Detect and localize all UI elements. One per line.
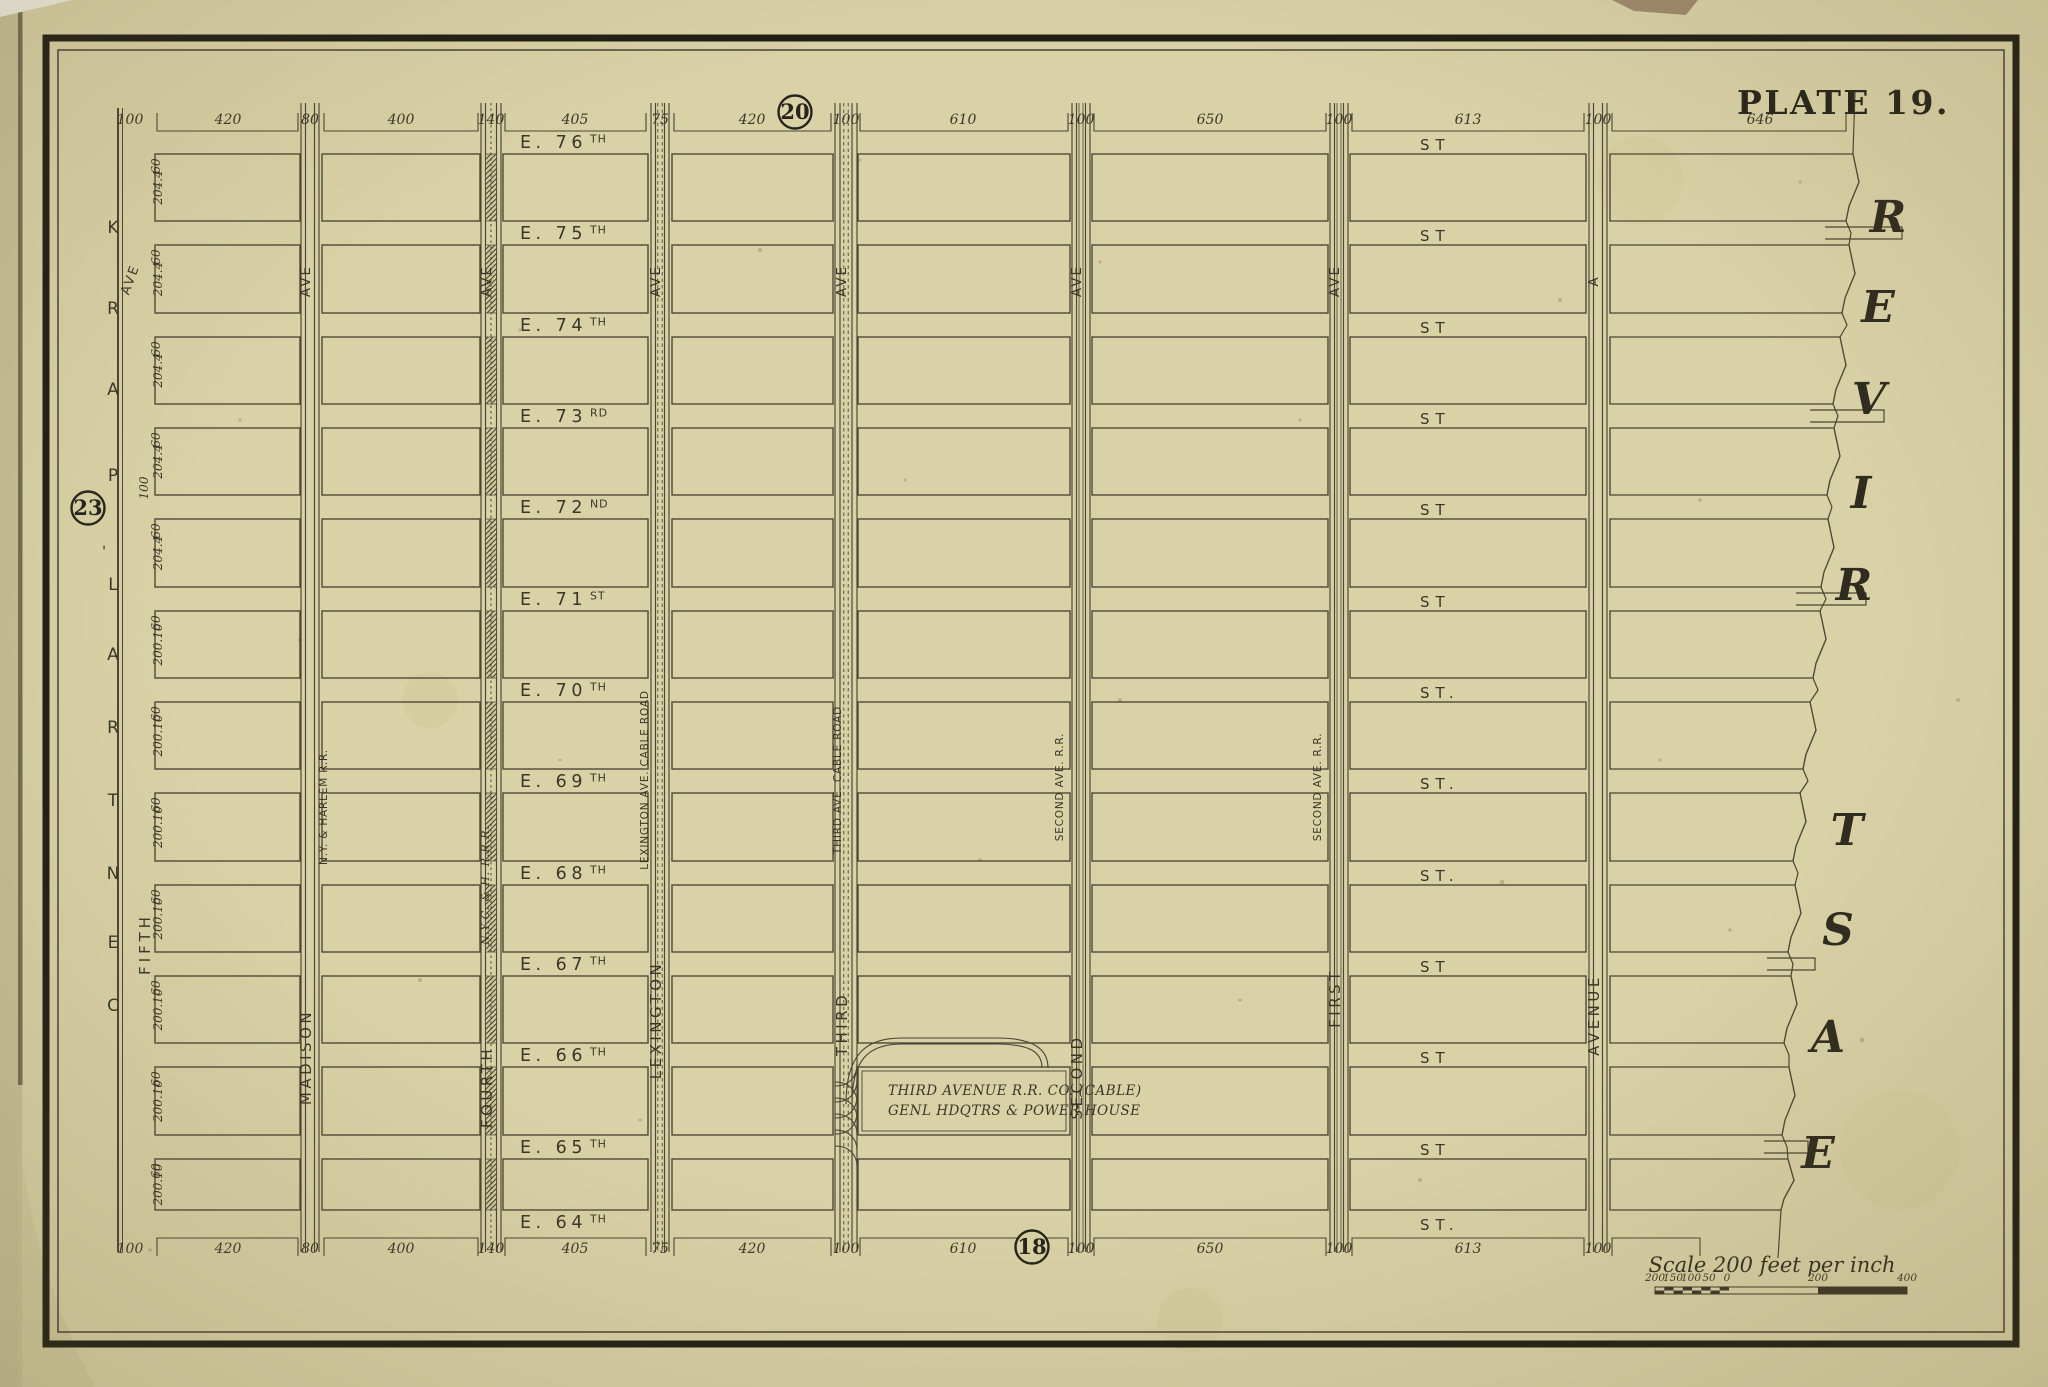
park-letter: P [108, 466, 118, 486]
scale-tick-label: 200 [1807, 1272, 1828, 1284]
street-st-label: ST [1420, 319, 1451, 337]
street-st-label: ST [1420, 958, 1451, 976]
park-letter: C [107, 996, 119, 1016]
park-letter: N [107, 864, 120, 884]
measure-bottom: 650 [1197, 1241, 1224, 1257]
measure-bottom: 80 [301, 1241, 319, 1257]
scale-checker [1711, 1291, 1720, 1295]
measure-bottom: 100 [1068, 1241, 1095, 1257]
measure-left-depth: 204.4 [151, 170, 165, 205]
scale-tick-label: 50 [1702, 1272, 1716, 1284]
railroad-label-madison: N.Y. & HARLEM R.R. [318, 749, 330, 865]
park-letter: A [107, 380, 119, 400]
measure-bottom: 405 [561, 1241, 589, 1257]
speck [1238, 998, 1242, 1002]
street-st-label: ST [1420, 227, 1451, 245]
scale-checker [1664, 1287, 1673, 1291]
avenue-top-label-fourth: AVE [479, 265, 495, 297]
river-letter: E [1799, 1128, 1836, 1179]
park-letter: R [107, 299, 119, 319]
river-letter: E [1859, 282, 1896, 333]
avenue-top-label-first: AVE [1327, 265, 1343, 297]
speck [1298, 418, 1301, 421]
scale-tick-label: 0 [1724, 1272, 1731, 1284]
paper [0, 0, 2048, 1387]
measure-top: 650 [1197, 112, 1224, 128]
scale-checker [1692, 1291, 1701, 1295]
speck [1500, 880, 1505, 885]
measure-left-depth: 204.4 [151, 536, 165, 571]
speck [1956, 698, 1960, 702]
avenue-name-fourth: FOURTH [478, 1046, 496, 1128]
river-letter: T [1831, 805, 1867, 856]
measure-top: 610 [950, 112, 977, 128]
measure-left-depth: 200.10 [151, 1080, 165, 1123]
park-letter: A [107, 645, 119, 665]
measure-left-depth: 204.4 [151, 444, 165, 479]
measure-left-depth: 200.10 [151, 1163, 165, 1206]
scale-checker [1701, 1287, 1710, 1291]
measure-top: 100 [1326, 112, 1353, 128]
avenue-top-label-madison: AVE [298, 265, 314, 297]
scale-checker [1720, 1287, 1729, 1291]
adjacent-plate-left-number: 23 [73, 495, 102, 520]
measure-top: 100 [833, 112, 860, 128]
river-letter: S [1822, 905, 1854, 956]
railroad-label-first: SECOND AVE. R.R. [1312, 733, 1324, 842]
measure-top: 100 [1585, 112, 1612, 128]
street-st-label: ST. [1420, 1216, 1460, 1234]
page-edge-line [18, 0, 23, 1085]
speck [858, 158, 861, 161]
measure-fifth-ave-width: 100 [137, 476, 151, 499]
street-st-label: ST. [1420, 775, 1460, 793]
powerhouse-label-line1: THIRD AVENUE R.R. CO. (CABLE) [888, 1083, 1142, 1099]
scale-checker [1683, 1287, 1692, 1291]
measure-bottom: 400 [387, 1241, 415, 1257]
street-st-label: ST [1420, 136, 1451, 154]
measure-top: 80 [301, 112, 319, 128]
avenue-name-lexington: LEXINGTON [647, 961, 665, 1080]
measure-bottom: 100 [1326, 1241, 1353, 1257]
adjacent-plate-bottom-number: 18 [1017, 1234, 1046, 1259]
atlas-map: E. 76THSTE. 75THSTE. 74THSTE. 73RDSTE. 7… [0, 0, 2048, 1387]
measure-top: 400 [387, 112, 415, 128]
speck [1798, 180, 1801, 183]
park-letter: K [107, 218, 119, 238]
measure-left-depth: 200.10 [151, 623, 165, 666]
speck [1658, 758, 1661, 761]
measure-top: 613 [1455, 112, 1482, 128]
railroad-label-third: THIRD AVE. CABLE ROAD [832, 706, 844, 855]
speck [903, 478, 906, 481]
avenue-name-fifth: FIFTH [136, 913, 154, 975]
avenue-name-third: THIRD [833, 992, 851, 1057]
street-st-label: ST [1420, 593, 1451, 611]
speck [1698, 498, 1702, 502]
avenue-name-avenue_a: AVENUE [1585, 974, 1603, 1056]
scale-checker [1674, 1291, 1683, 1295]
speck [418, 978, 422, 982]
scale-bar-filled [1818, 1287, 1907, 1294]
plate-title: PLATE 19. [1737, 83, 1950, 122]
adjacent-plate-top-number: 20 [780, 99, 809, 124]
speck [758, 248, 762, 252]
scale-checker [1655, 1291, 1664, 1295]
river-letter: I [1849, 468, 1873, 519]
avenue-top-label-lexington: AVE [648, 265, 664, 297]
measure-bottom: 613 [1455, 1241, 1482, 1257]
measure-top: 140 [478, 112, 505, 128]
street-st-label: ST [1420, 410, 1451, 428]
measure-left-depth: 200.10 [151, 988, 165, 1031]
measure-bottom: 75 [651, 1241, 669, 1257]
street-st-label: ST. [1420, 684, 1460, 702]
measure-left-depth: 204.4 [151, 262, 165, 297]
avenue-top-label-third: AVE [834, 265, 850, 297]
measure-bottom: 100 [1585, 1241, 1612, 1257]
park-letter: E [108, 933, 119, 953]
park-letter: R [107, 718, 119, 738]
park-letter: L [108, 575, 118, 595]
speck [148, 1248, 152, 1252]
measure-left-depth: 204.4 [151, 353, 165, 388]
measure-top: 420 [214, 112, 242, 128]
paper-stain [402, 672, 458, 728]
river-letter: A [1807, 1012, 1845, 1063]
paper-stain [1840, 1090, 1960, 1210]
avenue-top-label-avenue_a: A [1586, 275, 1602, 286]
measure-left-depth: 200.10 [151, 806, 165, 849]
river-letter: V [1852, 374, 1890, 425]
powerhouse-label-line2: GENL HDQTRS & POWER HOUSE [888, 1103, 1141, 1119]
street-st-label: ST [1420, 1049, 1451, 1067]
measure-top: 100 [1068, 112, 1095, 128]
atlas-page: E. 76THSTE. 75THSTE. 74THSTE. 73RDSTE. 7… [0, 0, 2048, 1387]
park-letter: T [107, 791, 119, 811]
speck [638, 1118, 641, 1121]
measure-left-depth: 200.10 [151, 714, 165, 757]
railroad-label-fourth: N.Y.C. & H. R.R.R. [479, 825, 492, 946]
measure-bottom: 100 [117, 1241, 144, 1257]
scale-tick-label: 400 [1896, 1272, 1917, 1284]
avenue-name-first: FIRST [1326, 968, 1344, 1028]
speck [1098, 260, 1101, 263]
measure-top: 405 [561, 112, 589, 128]
measure-bottom: 100 [833, 1241, 860, 1257]
street-st-label: ST [1420, 501, 1451, 519]
street-st-label: ST. [1420, 867, 1460, 885]
speck [1558, 298, 1562, 302]
park-letter-mark: ' [102, 544, 106, 560]
paper-stain [1596, 136, 1684, 224]
avenue-name-madison: MADISON [297, 1009, 315, 1105]
speck [1860, 1038, 1865, 1043]
measure-top: 100 [117, 112, 144, 128]
railroad-label-second: SECOND AVE. R.R. [1054, 733, 1066, 842]
measure-top: 420 [738, 112, 766, 128]
measure-bottom: 140 [478, 1241, 505, 1257]
measure-bottom: 420 [214, 1241, 242, 1257]
railroad-label-lexington: LEXINGTON AVE. CABLE ROAD [639, 690, 651, 869]
measure-bottom: 420 [738, 1241, 766, 1257]
measure-bottom: 610 [950, 1241, 977, 1257]
avenue-top-label-second: AVE [1069, 265, 1085, 297]
river-letter: R [1868, 192, 1907, 243]
speck [1728, 928, 1731, 931]
scale-tick-label: 100 [1681, 1272, 1701, 1284]
river-letter: R [1834, 560, 1873, 611]
measure-top: 75 [651, 112, 669, 128]
speck [1418, 1178, 1422, 1182]
street-st-label: ST [1420, 1141, 1451, 1159]
speck [238, 418, 241, 421]
speck [559, 759, 562, 762]
